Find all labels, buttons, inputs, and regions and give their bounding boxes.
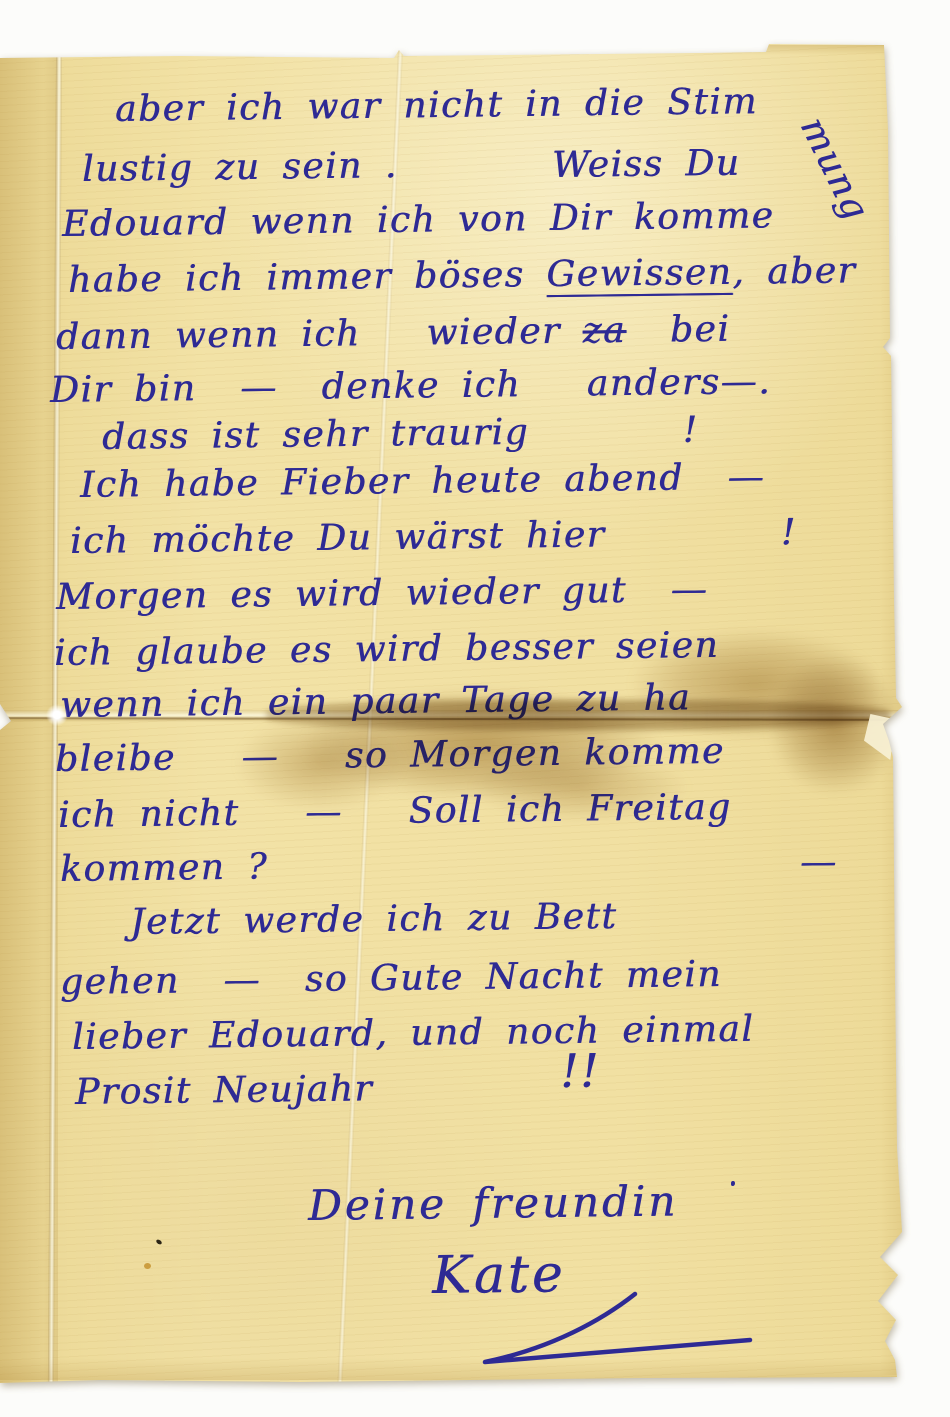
letter-line-19: Prosit Neujahr xyxy=(75,1071,373,1111)
line-5-pre: dann wenn ich wieder xyxy=(56,311,583,358)
line-4-post: , aber xyxy=(732,250,856,293)
letter-line-18: lieber Edouard, und noch einmal xyxy=(72,1012,755,1056)
letter-line-3: Edouard wenn ich von Dir komme xyxy=(62,198,775,243)
stain-streak-crease xyxy=(266,700,890,730)
amber-speck xyxy=(144,1263,151,1269)
letter-line-11: ich glaube es wird besser seien xyxy=(54,628,719,672)
underlined-word-gewissen: Gewissen xyxy=(546,252,732,295)
signature-flourish xyxy=(430,1286,770,1376)
letter-line-15-dash: — xyxy=(800,845,838,881)
letter-line-16: Jetzt werde ich zu Bett xyxy=(130,899,618,941)
letter-line-15: kommen ? xyxy=(60,849,268,888)
line-4-pre: habe ich immer böses xyxy=(68,254,547,301)
letter-line-5: dann wenn ich wieder za bei xyxy=(56,312,731,356)
letter-line-8: Ich habe Fieber heute abend — xyxy=(80,460,765,504)
scan-background: aber ich war nicht in die Stim mung lust… xyxy=(0,0,950,1417)
letter-line-17: gehen — so Gute Nacht mein xyxy=(60,957,722,1001)
letter-line-4: habe ich immer böses Gewissen, aber xyxy=(68,253,857,299)
paper-sheet: aber ich war nicht in die Stim mung lust… xyxy=(0,0,950,1417)
letter-line-2a: lustig zu sein . xyxy=(82,148,398,188)
stain-blot-lower xyxy=(470,752,690,822)
signature-closing: Deine freundin xyxy=(308,1180,679,1227)
letter-paper: aber ich war nicht in die Stim mung lust… xyxy=(0,0,950,1417)
letter-line-2b: Weiss Du xyxy=(552,146,741,184)
letter-line-6: Dir bin — denke ich anders—. xyxy=(50,364,771,409)
line-5-post: bei xyxy=(626,309,731,351)
struck-word-za: za xyxy=(582,310,626,352)
letter-line-1-wrap: mung xyxy=(794,112,874,226)
top-speck xyxy=(6,52,11,56)
letter-line-9: ich möchte Du wärst hier ! xyxy=(70,515,797,560)
stain-blot-left xyxy=(235,716,405,811)
letter-line-10: Morgen es wird wieder gut — xyxy=(56,572,709,616)
letter-line-1: aber ich war nicht in die Stim xyxy=(115,84,758,128)
letter-line-19-exclamations: !! xyxy=(560,1048,601,1094)
crease-hole xyxy=(46,704,68,726)
letter-line-7: dass ist sehr traurig ! xyxy=(102,413,699,456)
